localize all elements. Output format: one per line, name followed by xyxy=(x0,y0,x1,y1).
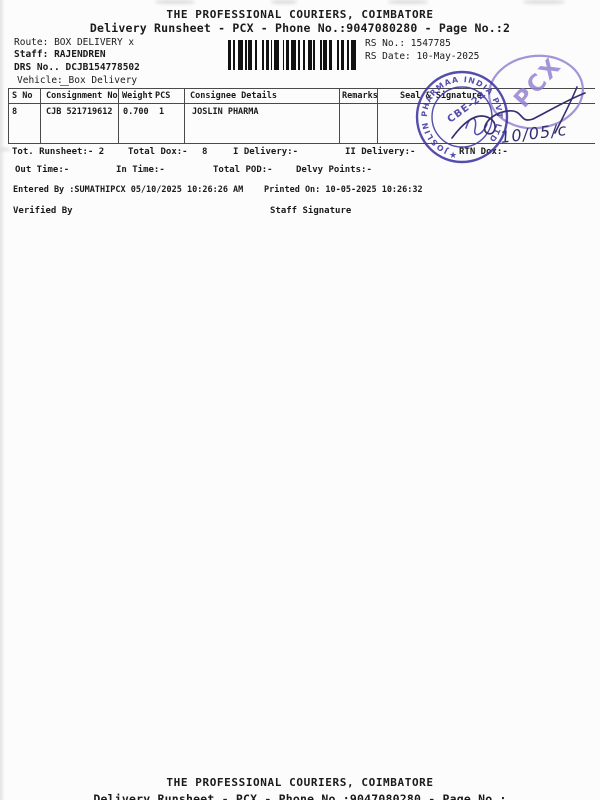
table-column-line xyxy=(339,88,340,143)
vehicle-underline-mark xyxy=(60,85,69,86)
col-header-consignee: Consignee Details xyxy=(190,91,277,101)
scan-smudge xyxy=(388,0,428,4)
vehicle-label: Vehicle: xyxy=(17,75,63,86)
drs-label: DRS No.. xyxy=(14,62,60,73)
col-header-sno: S No xyxy=(12,91,32,101)
stamps-overlay: PCX JOSLIN PHARMAA INDIA PVT LTD ★ CBE-2… xyxy=(395,48,600,173)
table-column-line xyxy=(40,88,41,143)
col-header-remarks: Remarks xyxy=(342,91,378,101)
consignee-stamp-code: CBE-24 xyxy=(446,90,490,126)
table-column-line xyxy=(118,88,119,143)
next-page-title: THE PROFESSIONAL COURIERS, COIMBATORE xyxy=(0,776,600,789)
runsheet-barcode xyxy=(228,40,358,70)
scan-smudge xyxy=(523,0,565,4)
col-header-pcs: PCS xyxy=(155,91,170,101)
staff-signature-label: Staff Signature xyxy=(270,206,351,216)
total-runsheet: Tot. Runsheet:- 2 xyxy=(12,147,104,157)
out-time: Out Time:- xyxy=(15,165,69,175)
scan-smudge xyxy=(155,0,195,4)
vehicle-line: Vehicle: Box Delivery xyxy=(17,75,137,86)
route-line: Route: BOX DELIVERY x xyxy=(14,37,134,48)
cell-sno: 8 xyxy=(12,107,17,117)
in-time: In Time:- xyxy=(116,165,165,175)
route-value: BOX DELIVERY x xyxy=(54,37,134,48)
scan-smudge xyxy=(0,148,10,151)
total-pod: Total POD:- xyxy=(213,165,273,175)
cell-consignment: CJB 521719612 xyxy=(46,107,113,117)
staff-label: Staff: xyxy=(14,49,48,60)
table-column-line xyxy=(184,88,185,143)
delvy-points: Delvy Points:- xyxy=(296,165,372,175)
page-subtitle: Delivery Runsheet - PCX - Phone No.:9047… xyxy=(0,21,600,35)
staff-value: RAJENDREN xyxy=(54,49,105,60)
consignee-stamp: JOSLIN PHARMAA INDIA PVT LTD ★ CBE-24 xyxy=(417,72,507,162)
drs-line: DRS No.. DCJB154778502 xyxy=(14,62,140,73)
page-title: THE PROFESSIONAL COURIERS, COIMBATORE xyxy=(0,8,600,21)
verified-by: Verified By xyxy=(13,206,73,216)
staff-line: Staff: RAJENDREN xyxy=(14,49,106,60)
next-page-subtitle: Delivery Runsheet - PCX - Phone No.:9047… xyxy=(0,792,600,800)
route-label: Route: xyxy=(14,37,48,48)
total-dox-label: Total Dox:- xyxy=(128,147,188,157)
drs-value: DCJB154778502 xyxy=(66,62,140,73)
courier-stamp-text: PCX xyxy=(509,53,567,113)
printed-on: Printed On: 10-05-2025 10:26:32 xyxy=(264,185,423,195)
scan-left-edge-shadow xyxy=(0,0,5,800)
first-delivery: I Delivery:- xyxy=(233,147,298,157)
cell-consignee: JOSLIN PHARMA xyxy=(192,107,259,117)
col-header-consignment: Consignment No xyxy=(46,91,118,101)
cell-pcs: 1 xyxy=(159,107,164,117)
consignee-stamp-star: ★ xyxy=(449,151,457,161)
cell-weight: 0.700 xyxy=(123,107,149,117)
table-border-left xyxy=(8,88,9,143)
delivery-runsheet-document: THE PROFESSIONAL COURIERS, COIMBATORE De… xyxy=(0,0,600,800)
scan-smudge xyxy=(271,0,297,4)
total-dox-value: 8 xyxy=(202,147,207,157)
entered-by: Entered By :SUMATHIPCX 05/10/2025 10:26:… xyxy=(13,185,243,195)
vehicle-value: Box Delivery xyxy=(69,75,138,86)
col-header-weight: Weight xyxy=(122,91,153,101)
